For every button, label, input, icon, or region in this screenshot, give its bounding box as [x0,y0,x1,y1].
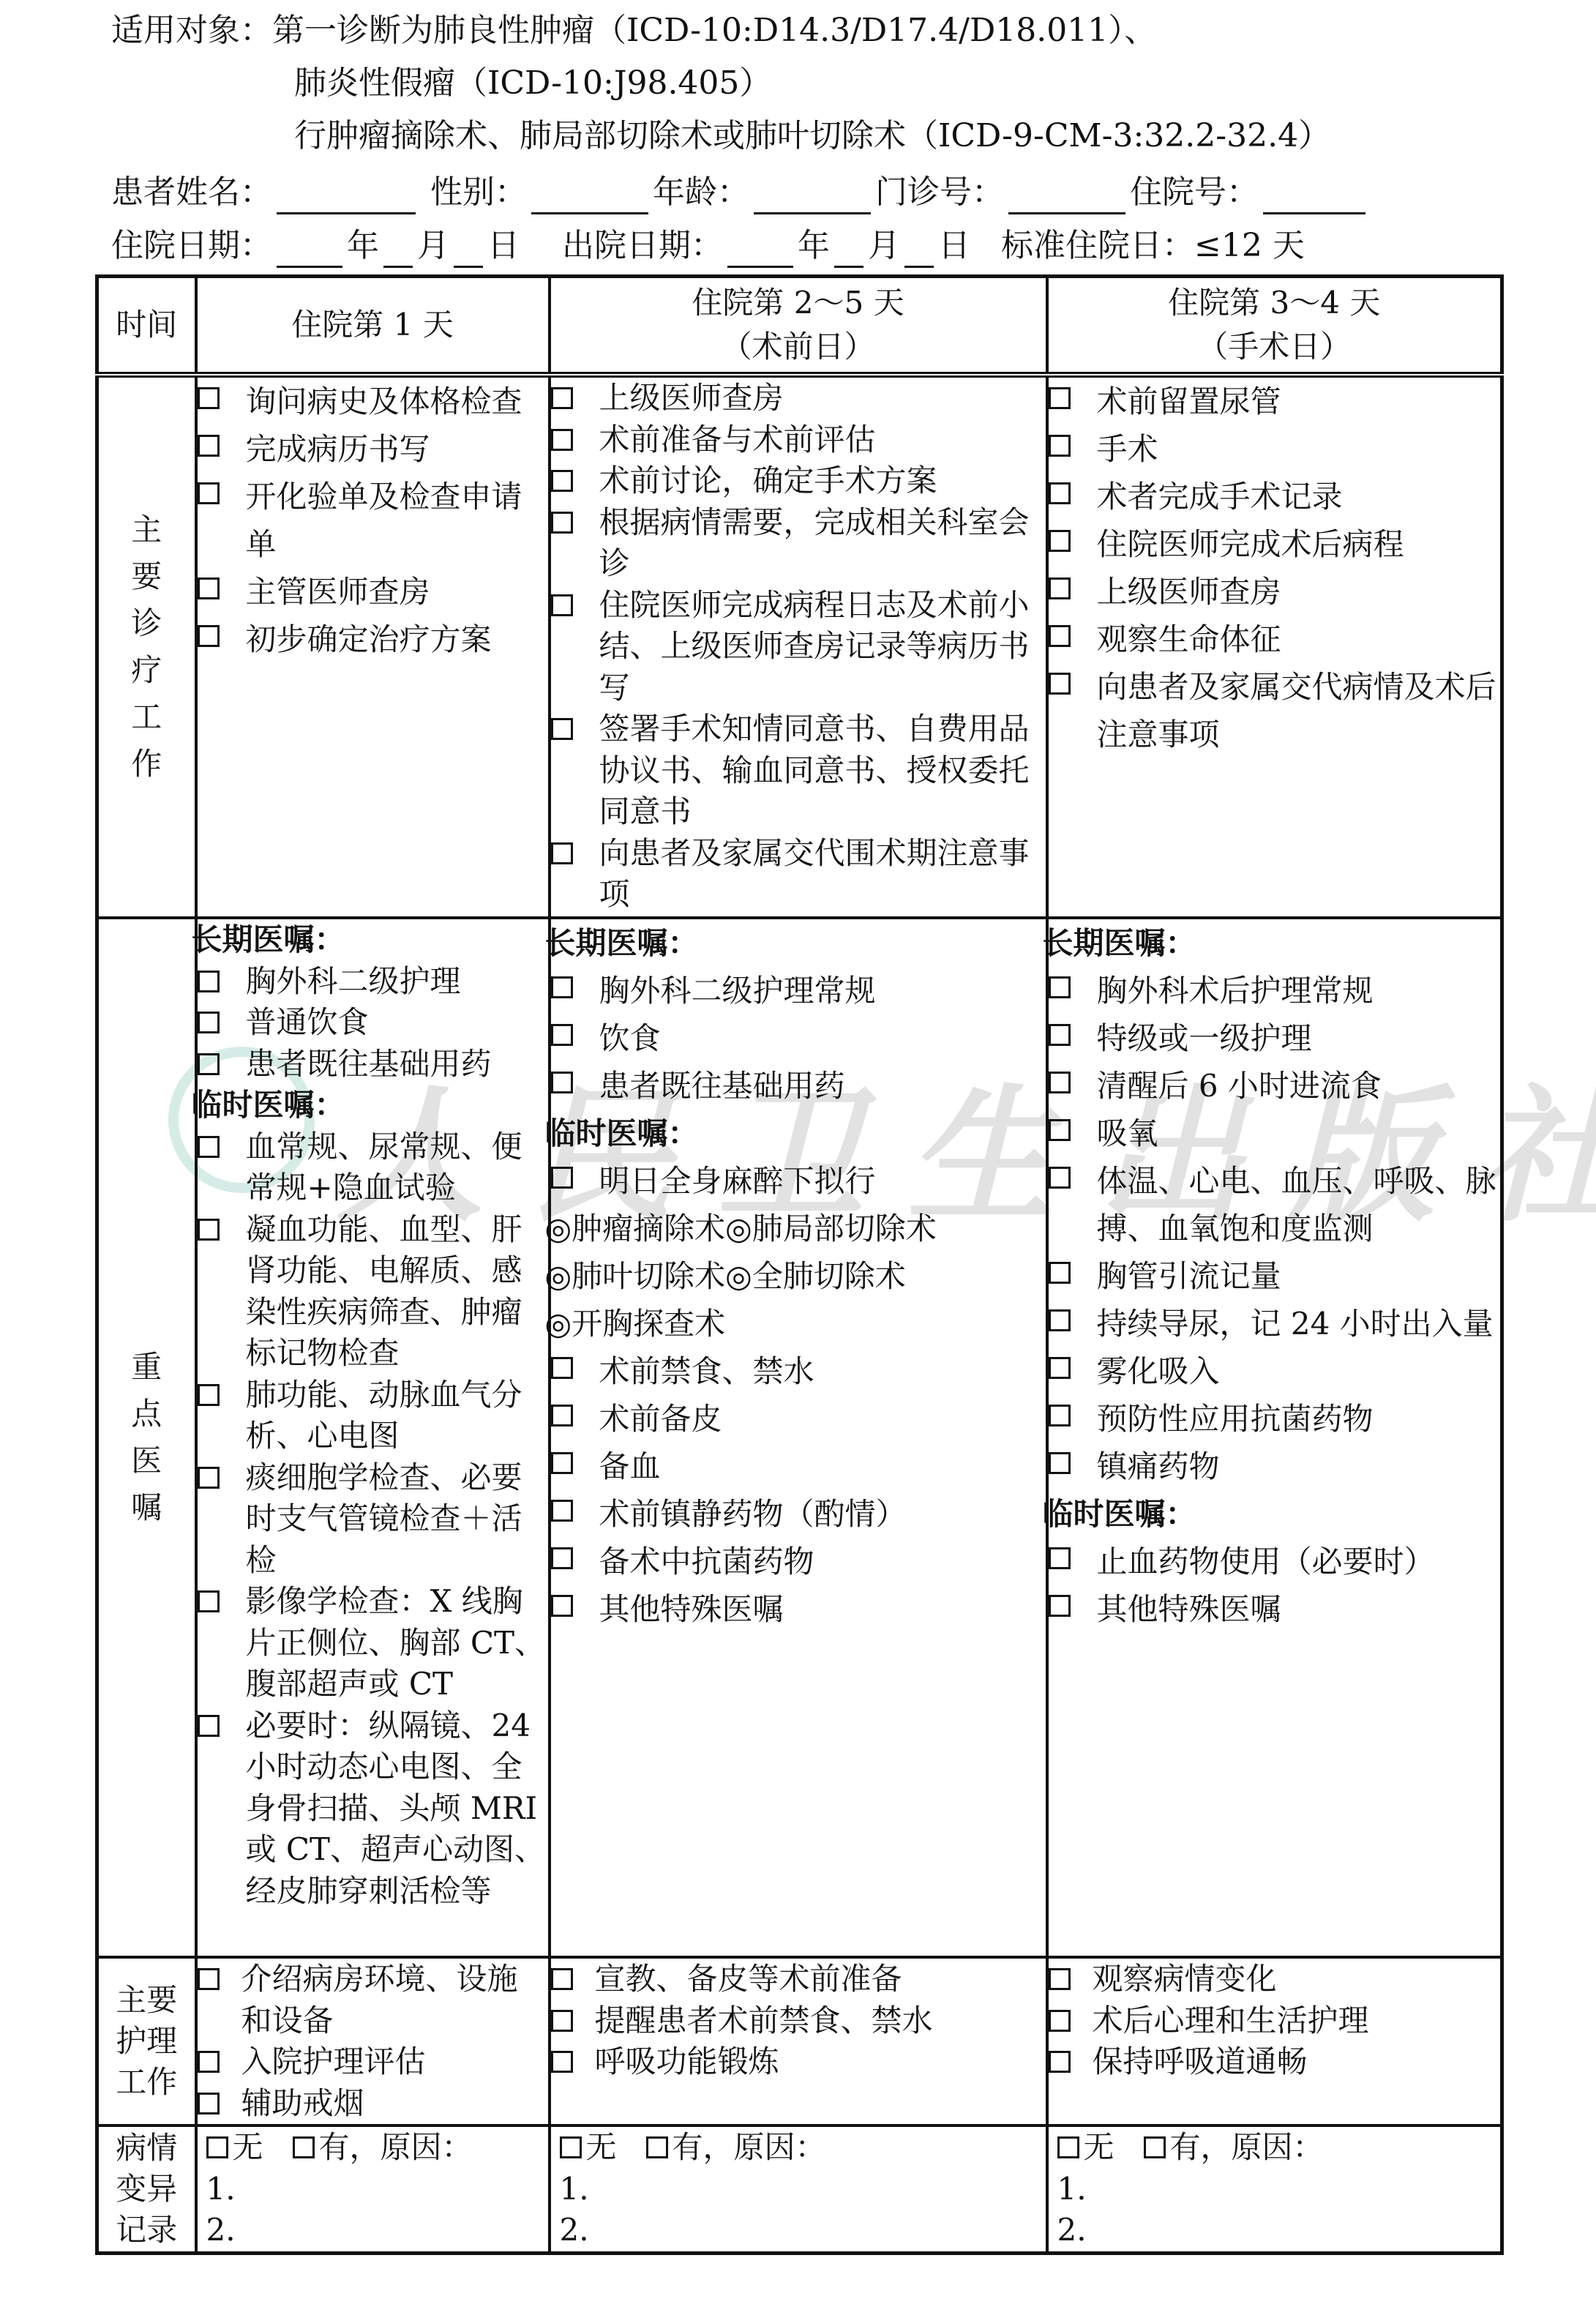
month-label: 月 [868,227,900,264]
checklist-item-text: 术者完成手术记录 [1097,473,1501,520]
discharge-month-field[interactable] [834,236,863,268]
clinical-pathway-table: 时间 住院第 1 天 住院第 2～5 天（术前日） 住院第 3～4 天（手术日）… [95,274,1504,2255]
checklist-item: 患者既往基础用药 [198,1044,548,1085]
checkbox[interactable] [1049,435,1071,457]
row-label-chars: 病情 [99,2128,195,2169]
applicable-diagnosis-1: 第一诊断为肺良性肿瘤（ICD-10:D14.3/D17.4/D18.011）、 [272,12,1156,49]
standard-stay-label: 标准住院日：≤12 天 [1001,227,1305,264]
checkbox[interactable] [551,718,573,740]
checklist-item: 术前留置尿管 [1049,378,1501,425]
outpatient-no-label: 门诊号： [875,173,1004,211]
checklist-item: 清醒后 6 小时进流食 [1049,1062,1501,1110]
long-term-orders-heading: 长期医嘱： [192,919,548,961]
variance-reason-2[interactable]: 2. [206,2210,548,2251]
patient-info-line: 患者姓名： 性别：年龄：门诊号：住院号： [111,171,1370,214]
checklist-item: 吸氧 [1049,1110,1501,1157]
year-label: 年 [347,227,379,264]
variance-reason-1[interactable]: 1. [1057,2169,1501,2210]
applicable-procedure: 行肿瘤摘除术、肺局部切除术或肺叶切除术（ICD-9-CM-3:32.2-32.4… [294,117,1330,154]
checklist-item-text: 住院医师完成术后病程 [1097,520,1501,568]
checkbox[interactable] [198,1715,220,1737]
variance-yes-checkbox[interactable] [293,2136,315,2158]
key-orders-day2-5: 长期医嘱： 胸外科二级护理常规 饮食 患者既往基础用药 临时医嘱： 明日全身麻醉… [550,918,1047,1957]
checkbox[interactable] [1049,1405,1071,1427]
checklist-item: 上级医师查房 [1049,568,1501,616]
checklist-item: 术前备皮 [551,1395,1046,1443]
checkbox[interactable] [198,435,220,457]
admission-month-field[interactable] [383,236,413,268]
variance-day3-4: 无 有，原因： 1. 2. [1047,2125,1502,2253]
checkbox[interactable] [551,1024,573,1046]
variance-reason-2[interactable]: 2. [560,2210,1046,2251]
checklist-item: 止血药物使用（必要时） [1049,1538,1501,1585]
key-orders-day1: 长期医嘱： 胸外科二级护理 普通饮食 患者既往基础用药 临时医嘱： 血常规、尿常… [196,918,550,1957]
row-label-key-orders: 重 点 医 嘱 [97,918,196,1957]
checklist-item-text: 入院护理评估 [241,2041,548,2083]
checkbox[interactable] [1049,1167,1071,1189]
checklist-item: 必要时：纵隔镜、24 小时动态心电图、全身骨扫描、头颅 MRI 或 CT、超声心… [198,1705,548,1912]
checklist-item: 持续导尿，记 24 小时出入量 [1049,1300,1501,1347]
checklist-item: 上级医师查房 [551,378,1046,419]
checkbox[interactable] [1049,673,1071,695]
checklist-item: 患者既往基础用药 [551,1062,1046,1110]
variance-reason-1[interactable]: 1. [560,2169,1046,2210]
inpatient-no-field[interactable] [1263,183,1365,214]
variance-none-checkbox[interactable] [1057,2136,1079,2158]
surgery-option-radio-line[interactable]: ◎肺叶切除术◎全肺切除术 [545,1252,1046,1300]
variance-yes-checkbox[interactable] [646,2136,668,2158]
discharge-year-field[interactable] [727,236,793,268]
row-key-orders: 重 点 医 嘱 长期医嘱： 胸外科二级护理 普通饮食 患者既往基础用药 临时医嘱… [97,918,1502,1957]
row-label-char: 医 [99,1437,195,1484]
checkbox[interactable] [198,2051,220,2073]
checklist-item-text: 术后心理和生活护理 [1093,2000,1501,2042]
applicable-diagnosis-2: 肺炎性假瘤（ICD-10:J98.405） [294,64,771,102]
checkbox[interactable] [1049,1072,1071,1093]
row-label-char: 点 [99,1391,195,1437]
checklist-item-text: 肺功能、动脉血气分析、心电图 [246,1375,548,1457]
col-header-day3-4-label: 住院第 3～4 天 [1049,281,1501,325]
checkbox[interactable] [1049,1547,1071,1569]
checklist-item-text: 初步确定治疗方案 [246,616,548,663]
main-work-day1: 询问病史及体格检查 完成病历书写 开化验单及检查申请单 主管医师查房 初步确定治… [196,375,550,918]
patient-name-label: 患者姓名： [111,173,272,211]
checklist-item: 向患者及家属交代病情及术后注意事项 [1049,663,1501,758]
variance-yes-label: 有，原因： [1170,2127,1324,2169]
checklist-item: 根据病情需要，完成相关科室会诊 [551,502,1046,585]
nursing-day1: 介绍病房环境、设施和设备 入院护理评估 辅助戒烟 [196,1957,550,2125]
checklist-item: 镇痛药物 [1049,1443,1501,1490]
checklist-item: 胸外科术后护理常规 [1049,967,1501,1014]
checklist-item: 住院医师完成病程日志及术前小结、上级医师查房记录等病历书写 [551,585,1046,709]
variance-yes-label: 有，原因： [319,2127,473,2169]
checkbox[interactable] [198,625,220,647]
checkbox[interactable] [551,1405,573,1427]
row-label-chars: 变异 [99,2169,195,2210]
checklist-item-text: 辅助戒烟 [241,2083,548,2125]
day-label: 日 [487,227,520,264]
checklist-item-text: 完成病历书写 [246,425,548,473]
checklist-item-text: 开化验单及检查申请单 [246,473,548,568]
checkbox[interactable] [1049,577,1071,599]
row-label-nursing: 主要 护理 工作 [97,1957,196,2125]
checkbox[interactable] [551,1500,573,1522]
checkbox[interactable] [198,1012,220,1033]
applicable-line-3: 行肿瘤摘除术、肺局部切除术或肺叶切除术（ICD-9-CM-3:32.2-32.4… [111,114,1330,158]
month-label: 月 [417,227,449,264]
admission-year-field[interactable] [277,236,342,268]
checklist-item-text: 上级医师查房 [599,378,1046,419]
surgery-option-radio-line[interactable]: ◎肿瘤摘除术◎肺局部切除术 [545,1205,1046,1252]
checkbox[interactable] [551,1452,573,1474]
row-label-char: 主 [99,506,195,553]
row-label-char: 重 [99,1344,195,1391]
table-header-row: 时间 住院第 1 天 住院第 2～5 天（术前日） 住院第 3～4 天（手术日） [97,277,1502,375]
checklist-item-text: 止血药物使用（必要时） [1097,1538,1501,1585]
checkbox[interactable] [551,512,573,534]
checklist-item-text: 其他特殊医嘱 [1097,1585,1501,1633]
checklist-item: 手术 [1049,425,1501,473]
variance-none-label: 无 [1084,2127,1114,2169]
variance-day1: 无 有，原因： 1. 2. [196,2125,550,2253]
checklist-item-text: 宣教、备皮等术前准备 [595,1959,1046,2000]
checklist-item: 胸外科二级护理常规 [551,967,1046,1014]
checklist-item-text: 胸管引流记量 [1097,1252,1501,1300]
checklist-item: 介绍病房环境、设施和设备 [198,1959,548,2041]
checkbox[interactable] [551,2051,573,2073]
key-orders-day3-4: 长期医嘱： 胸外科术后护理常规 特级或一级护理 清醒后 6 小时进流食 吸氧 体… [1047,918,1502,1957]
checkbox[interactable] [551,1595,573,1617]
checklist-item-text: 血常规、尿常规、便常规+隐血试验 [246,1126,548,1209]
checkbox[interactable] [551,1357,573,1379]
checkbox[interactable] [551,1167,573,1189]
row-label-char: 工 [99,694,195,741]
variance-none-label: 无 [586,2127,617,2169]
row-label-char: 疗 [99,647,195,694]
outpatient-no-field[interactable] [1008,183,1125,214]
checklist-item: 宣教、备皮等术前准备 [551,1959,1046,2000]
col-header-time: 时间 [97,277,196,375]
surgery-option-radio-line[interactable]: ◎开胸探查术 [545,1300,1046,1347]
checkbox[interactable] [551,2010,573,2032]
age-label: 年龄： [653,173,749,211]
inpatient-no-label: 住院号： [1130,173,1259,211]
admission-day-field[interactable] [454,236,483,268]
checkbox[interactable] [551,1072,573,1093]
checklist-item-text: 体温、心电、血压、呼吸、脉搏、血氧饱和度监测 [1097,1157,1501,1252]
checklist-item: 完成病历书写 [198,425,548,473]
checkbox[interactable] [198,1467,220,1489]
long-term-orders-heading: 长期医嘱： [1043,919,1501,967]
variance-day2-5: 无 有，原因： 1. 2. [550,2125,1047,2253]
col-header-day3-4: 住院第 3～4 天（手术日） [1047,277,1502,375]
checkbox[interactable] [198,1053,220,1075]
checklist-item: 入院护理评估 [198,2041,548,2083]
checklist-item: 呼吸功能锻炼 [551,2041,1046,2083]
checkbox[interactable] [1049,1968,1071,1990]
checklist-item-text: 术前禁食、禁水 [599,1347,1046,1395]
row-label-char: 诊 [99,600,195,647]
date-info-line: 住院日期：年月日 出院日期：年月日 标准住院日：≤12 天 [111,224,1305,268]
checklist-item: 辅助戒烟 [198,2083,548,2125]
temporary-orders-heading: 临时医嘱： [1043,1490,1501,1538]
checkbox[interactable] [1049,625,1071,647]
checklist-item-text: 观察病情变化 [1093,1959,1501,2000]
applicable-line-1: 适用对象：第一诊断为肺良性肿瘤（ICD-10:D14.3/D17.4/D18.0… [111,9,1156,53]
checklist-item: 签署手术知情同意书、自费用品协议书、输血同意书、授权委托同意书 [551,708,1046,833]
checklist-item-text: 影像学检查：X 线胸片正侧位、胸部 CT、腹部超声或 CT [246,1581,548,1705]
checklist-item: 预防性应用抗菌药物 [1049,1395,1501,1443]
col-header-day1: 住院第 1 天 [196,277,550,375]
checklist-item-text: 术前留置尿管 [1097,378,1501,425]
main-work-day3-4: 术前留置尿管 手术 术者完成手术记录 住院医师完成术后病程 上级医师查房 观察生… [1047,375,1502,918]
checklist-item-text: 胸外科术后护理常规 [1097,967,1501,1014]
checklist-item: 术前镇静药物（酌情） [551,1490,1046,1538]
gender-label: 性别： [430,173,527,211]
checklist-item-text: 术前准备与术前评估 [599,419,1046,461]
checkbox[interactable] [551,429,573,451]
checklist-item: 胸管引流记量 [1049,1252,1501,1300]
age-field[interactable] [754,183,871,214]
variance-reason-2[interactable]: 2. [1057,2210,1501,2251]
nursing-day3-4: 观察病情变化 术后心理和生活护理 保持呼吸道通畅 [1047,1957,1502,2125]
checklist-item: 主管医师查房 [198,568,548,616]
checkbox[interactable] [1049,530,1071,552]
checklist-item: 备血 [551,1443,1046,1490]
checklist-item: 特级或一级护理 [1049,1014,1501,1062]
checklist-item: 肺功能、动脉血气分析、心电图 [198,1375,548,1457]
checkbox[interactable] [1049,2051,1071,2073]
discharge-date-label: 出院日期： [562,227,723,264]
checklist-item-text: 预防性应用抗菌药物 [1097,1395,1501,1443]
checklist-item-text: 术前镇静药物（酌情） [599,1490,1046,1538]
checkbox[interactable] [1049,1357,1071,1379]
checkbox[interactable] [551,1968,573,1990]
checklist-item-text: 提醒患者术前禁食、禁水 [595,2000,1046,2042]
checklist-item: 术前禁食、禁水 [551,1347,1046,1395]
checklist-item: 饮食 [551,1014,1046,1062]
checklist-item-text: 雾化吸入 [1097,1347,1501,1395]
checkbox[interactable] [551,976,573,998]
checkbox[interactable] [198,1136,220,1158]
col-header-day1-label: 住院第 1 天 [291,307,453,343]
checklist-item-text: 备术中抗菌药物 [599,1538,1046,1585]
row-label-char: 作 [99,741,195,788]
checkbox[interactable] [1049,387,1071,409]
checklist-item-text: 询问病史及体格检查 [246,378,548,425]
gender-field[interactable] [531,183,648,214]
checklist-item-text: 饮食 [599,1014,1046,1062]
checklist-item-text: 清醒后 6 小时进流食 [1097,1062,1501,1110]
temporary-orders-heading: 临时医嘱： [192,1085,548,1126]
checkbox[interactable] [1049,976,1071,998]
variance-reason-1[interactable]: 1. [206,2169,548,2210]
checkbox[interactable] [198,971,220,992]
variance-options: 无 有，原因： [206,2127,548,2169]
variance-yes-label: 有，原因： [673,2127,826,2169]
checklist-item-text: 明日全身麻醉下拟行 [599,1157,1046,1205]
variance-none-checkbox[interactable] [206,2136,228,2158]
checklist-item: 住院医师完成术后病程 [1049,520,1501,568]
checklist-item-text: 患者既往基础用药 [599,1062,1046,1110]
checklist-item-text: 胸外科二级护理常规 [599,967,1046,1014]
checkbox[interactable] [551,387,573,409]
checkbox[interactable] [198,1384,220,1406]
col-header-day2-5: 住院第 2～5 天（术前日） [550,277,1047,375]
checkbox[interactable] [198,482,220,504]
checklist-item-text: 吸氧 [1097,1110,1501,1157]
checklist-item: 血常规、尿常规、便常规+隐血试验 [198,1126,548,1209]
checklist-item-text: 特级或一级护理 [1097,1014,1501,1062]
checklist-item: 雾化吸入 [1049,1347,1501,1395]
checklist-item: 观察生命体征 [1049,616,1501,663]
col-header-day2-5-sub: （术前日） [551,325,1046,369]
checklist-item-text: 痰细胞学检查、必要时支气管镜检查＋活检 [246,1457,548,1582]
checklist-item-text: 术前备皮 [599,1395,1046,1443]
row-variance: 病情 变异 记录 无 有，原因： 1. 2. 无 有，原因： 1. 2. [97,2125,1502,2253]
row-label-variance: 病情 变异 记录 [97,2125,196,2253]
checkbox[interactable] [1049,1309,1071,1331]
checkbox[interactable] [551,594,573,616]
checkbox[interactable] [1049,1119,1071,1141]
applicable-label: 适用对象： [111,12,272,49]
checklist-item: 痰细胞学检查、必要时支气管镜检查＋活检 [198,1457,548,1582]
checklist-item-text: 保持呼吸道通畅 [1093,2041,1501,2083]
row-label-char: 要 [99,553,195,600]
row-label-main-work: 主 要 诊 疗 工 作 [97,375,196,918]
col-header-day2-5-label: 住院第 2～5 天 [551,281,1046,325]
checkbox[interactable] [1049,1452,1071,1474]
checkbox[interactable] [551,842,573,864]
checkbox[interactable] [198,1219,220,1241]
checklist-item: 术前准备与术前评估 [551,419,1046,461]
checklist-item-text: 向患者及家属交代围术期注意事项 [599,833,1046,916]
checklist-item-text: 患者既往基础用药 [246,1044,548,1085]
checklist-item: 术者完成手术记录 [1049,473,1501,520]
checkbox[interactable] [551,1547,573,1569]
checklist-item: 明日全身麻醉下拟行 [551,1157,1046,1205]
checklist-item-text: 观察生命体征 [1097,616,1501,663]
checkbox[interactable] [198,577,220,599]
checklist-item-text: 手术 [1097,425,1501,473]
row-label-chars: 护理 [99,2021,195,2062]
year-label: 年 [798,227,830,264]
temporary-orders-heading: 临时医嘱： [545,1110,1046,1157]
checklist-item: 提醒患者术前禁食、禁水 [551,2000,1046,2042]
checklist-item-text: 签署手术知情同意书、自费用品协议书、输血同意书、授权委托同意书 [599,708,1046,833]
applicable-line-2: 肺炎性假瘤（ICD-10:J98.405） [111,61,771,105]
variance-options: 无 有，原因： [560,2127,1046,2169]
checklist-item-text: 介绍病房环境、设施和设备 [241,1959,548,2041]
checklist-item-text: 住院医师完成病程日志及术前小结、上级医师查房记录等病历书写 [599,585,1046,709]
checklist-item-text: 向患者及家属交代病情及术后注意事项 [1097,663,1501,758]
patient-name-field[interactable] [277,183,416,214]
main-work-day2-5: 上级医师查房 术前准备与术前评估 术前讨论，确定手术方案 根据病情需要，完成相关… [550,375,1047,918]
checklist-item: 观察病情变化 [1049,1959,1501,2000]
checklist-item: 术前讨论，确定手术方案 [551,460,1046,502]
checklist-item-text: 备血 [599,1443,1046,1490]
variance-none-label: 无 [233,2127,263,2169]
nursing-day2-5: 宣教、备皮等术前准备 提醒患者术前禁食、禁水 呼吸功能锻炼 [550,1957,1047,2125]
checklist-item: 体温、心电、血压、呼吸、脉搏、血氧饱和度监测 [1049,1157,1501,1252]
checkbox[interactable] [1049,2010,1071,2032]
checkbox[interactable] [1049,482,1071,504]
checklist-item: 开化验单及检查申请单 [198,473,548,568]
checklist-item-text: 其他特殊医嘱 [599,1585,1046,1633]
row-label-chars: 记录 [99,2210,195,2251]
discharge-day-field[interactable] [904,236,934,268]
col-header-time-label: 时间 [116,307,177,343]
checklist-item: 术后心理和生活护理 [1049,2000,1501,2042]
checklist-item: 保持呼吸道通畅 [1049,2041,1501,2083]
row-label-char: 嘱 [99,1484,195,1531]
checklist-item: 胸外科二级护理 [198,961,548,1003]
checklist-item: 普通饮食 [198,1002,548,1044]
checklist-item-text: 主管医师查房 [246,568,548,616]
checklist-item-text: 普通饮食 [246,1002,548,1044]
checklist-item-text: 根据病情需要，完成相关科室会诊 [599,502,1046,585]
checkbox[interactable] [1049,1262,1071,1284]
checklist-item: 其他特殊医嘱 [1049,1585,1501,1633]
checkbox[interactable] [198,387,220,409]
checkbox[interactable] [198,1968,220,1990]
checkbox[interactable] [1049,1595,1071,1617]
checklist-item: 备术中抗菌药物 [551,1538,1046,1585]
row-label-chars: 工作 [99,2062,195,2103]
checklist-item: 向患者及家属交代围术期注意事项 [551,833,1046,916]
row-label-chars: 主要 [99,1980,195,2021]
checklist-item-text: 术前讨论，确定手术方案 [599,460,1046,502]
checklist-item-text: 必要时：纵隔镜、24 小时动态心电图、全身骨扫描、头颅 MRI 或 CT、超声心… [246,1705,548,1912]
checklist-item: 询问病史及体格检查 [198,378,548,425]
checklist-item-text: 持续导尿，记 24 小时出入量 [1097,1300,1501,1347]
checkbox[interactable] [1049,1024,1071,1046]
checklist-item: 凝血功能、血型、肝肾功能、电解质、感染性疾病筛查、肿瘤标记物检查 [198,1209,548,1375]
day-label: 日 [938,227,970,264]
checklist-item-text: 凝血功能、血型、肝肾功能、电解质、感染性疾病筛查、肿瘤标记物检查 [246,1209,548,1375]
checklist-item: 其他特殊医嘱 [551,1585,1046,1633]
checklist-item-text: 胸外科二级护理 [246,961,548,1003]
checklist-item: 初步确定治疗方案 [198,616,548,663]
checkbox[interactable] [198,1590,220,1612]
admission-date-label: 住院日期： [111,227,272,264]
checkbox[interactable] [551,470,573,492]
row-nursing: 主要 护理 工作 介绍病房环境、设施和设备 入院护理评估 辅助戒烟 宣教、备皮等… [97,1957,1502,2125]
variance-yes-checkbox[interactable] [1144,2136,1166,2158]
col-header-day3-4-sub: （手术日） [1049,325,1501,369]
checklist-item-text: 镇痛药物 [1097,1443,1501,1490]
checklist-item-text: 上级医师查房 [1097,568,1501,616]
row-main-work: 主 要 诊 疗 工 作 询问病史及体格检查 完成病历书写 开化验单及检查申请单 … [97,375,1502,918]
checklist-item: 影像学检查：X 线胸片正侧位、胸部 CT、腹部超声或 CT [198,1581,548,1705]
long-term-orders-heading: 长期医嘱： [545,919,1046,967]
variance-options: 无 有，原因： [1057,2127,1501,2169]
checkbox[interactable] [198,2093,220,2115]
variance-none-checkbox[interactable] [560,2136,582,2158]
checklist-item-text: 呼吸功能锻炼 [595,2041,1046,2083]
